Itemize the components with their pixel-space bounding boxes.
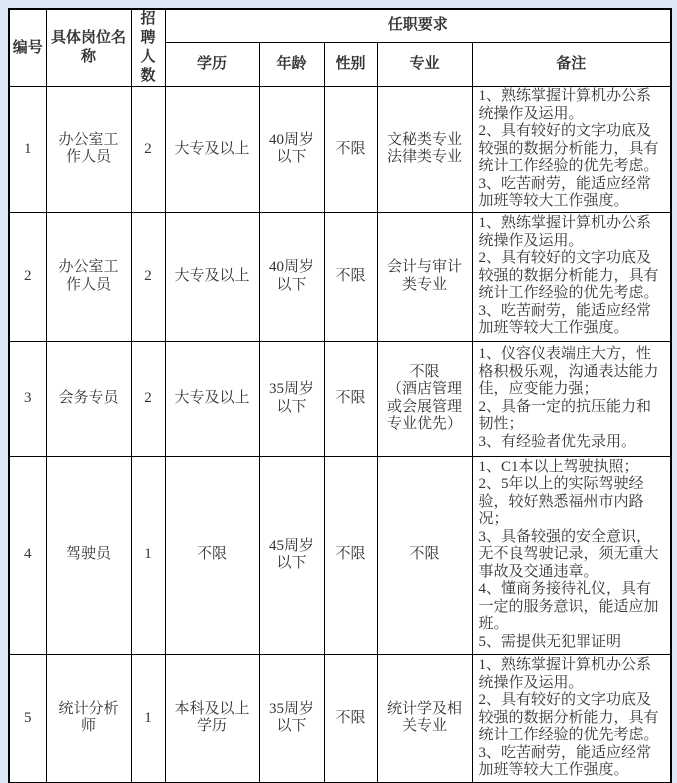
table-row: 1办公室工作人员2大专及以上40周岁以下不限文秘类专业 法律类专业1、熟练掌握计… xyxy=(9,87,671,213)
cell-count: 2 xyxy=(131,212,165,341)
cell-count: 2 xyxy=(131,341,165,456)
header-row-top: 编号 具体岗位名称 招聘人数 任职要求 xyxy=(9,9,671,42)
cell-remarks: 1、仪容仪表端庄大方，性格积极乐观，沟通表达能力佳，应变能力强； 2、具备一定的… xyxy=(472,341,671,456)
header-education: 学历 xyxy=(165,42,259,86)
page: 编号 具体岗位名称 招聘人数 任职要求 学历 年龄 性别 专业 备注 1办公室工… xyxy=(0,0,677,783)
table-header: 编号 具体岗位名称 招聘人数 任职要求 学历 年龄 性别 专业 备注 xyxy=(9,9,671,87)
cell-education: 不限 xyxy=(165,456,259,654)
cell-id: 1 xyxy=(9,87,46,213)
cell-count: 1 xyxy=(131,456,165,654)
cell-position: 办公室工作人员 xyxy=(46,87,131,213)
cell-education: 大专及以上 xyxy=(165,87,259,213)
table-row: 5统计分析师1本科及以上学历35周岁以下不限统计学及相关专业1、熟练掌握计算机办… xyxy=(9,654,671,783)
header-id: 编号 xyxy=(9,9,46,87)
cell-count: 1 xyxy=(131,654,165,783)
cell-id: 2 xyxy=(9,212,46,341)
cell-gender: 不限 xyxy=(324,87,377,213)
cell-position: 办公室工作人员 xyxy=(46,212,131,341)
table-body: 1办公室工作人员2大专及以上40周岁以下不限文秘类专业 法律类专业1、熟练掌握计… xyxy=(9,87,671,783)
cell-gender: 不限 xyxy=(324,456,377,654)
table-row: 4驾驶员1不限45周岁以下不限不限1、C1本以上驾驶执照； 2、5年以上的实际驾… xyxy=(9,456,671,654)
cell-major: 不限 xyxy=(377,456,472,654)
cell-count: 2 xyxy=(131,87,165,213)
cell-age: 45周岁以下 xyxy=(259,456,324,654)
header-gender: 性别 xyxy=(324,42,377,86)
cell-gender: 不限 xyxy=(324,654,377,783)
table-row: 3会务专员2大专及以上35周岁以下不限不限 （酒店管理或会展管理专业优先）1、仪… xyxy=(9,341,671,456)
cell-position: 统计分析师 xyxy=(46,654,131,783)
cell-age: 40周岁以下 xyxy=(259,212,324,341)
cell-major: 不限 （酒店管理或会展管理专业优先） xyxy=(377,341,472,456)
cell-age: 35周岁以下 xyxy=(259,341,324,456)
cell-education: 大专及以上 xyxy=(165,341,259,456)
cell-major: 会计与审计类专业 xyxy=(377,212,472,341)
cell-education: 本科及以上学历 xyxy=(165,654,259,783)
cell-gender: 不限 xyxy=(324,341,377,456)
header-major: 专业 xyxy=(377,42,472,86)
header-remarks: 备注 xyxy=(472,42,671,86)
header-count: 招聘人数 xyxy=(131,9,165,87)
cell-remarks: 1、熟练掌握计算机办公系统操作及运用。 2、具有较好的文字功底及较强的数据分析能… xyxy=(472,87,671,213)
header-position: 具体岗位名称 xyxy=(46,9,131,87)
cell-remarks: 1、C1本以上驾驶执照； 2、5年以上的实际驾驶经验，较好熟悉福州市内路况； 3… xyxy=(472,456,671,654)
header-requirements: 任职要求 xyxy=(165,9,671,42)
cell-id: 3 xyxy=(9,341,46,456)
cell-position: 驾驶员 xyxy=(46,456,131,654)
cell-age: 35周岁以下 xyxy=(259,654,324,783)
cell-id: 5 xyxy=(9,654,46,783)
cell-remarks: 1、熟练掌握计算机办公系统操作及运用。 2、具有较好的文字功底及较强的数据分析能… xyxy=(472,654,671,783)
cell-remarks: 1、熟练掌握计算机办公系统操作及运用。 2、具有较好的文字功底及较强的数据分析能… xyxy=(472,212,671,341)
cell-id: 4 xyxy=(9,456,46,654)
cell-major: 统计学及相关专业 xyxy=(377,654,472,783)
cell-major: 文秘类专业 法律类专业 xyxy=(377,87,472,213)
cell-education: 大专及以上 xyxy=(165,212,259,341)
recruitment-table: 编号 具体岗位名称 招聘人数 任职要求 学历 年龄 性别 专业 备注 1办公室工… xyxy=(8,8,672,783)
header-age: 年龄 xyxy=(259,42,324,86)
cell-position: 会务专员 xyxy=(46,341,131,456)
cell-age: 40周岁以下 xyxy=(259,87,324,213)
cell-gender: 不限 xyxy=(324,212,377,341)
table-row: 2办公室工作人员2大专及以上40周岁以下不限会计与审计类专业1、熟练掌握计算机办… xyxy=(9,212,671,341)
